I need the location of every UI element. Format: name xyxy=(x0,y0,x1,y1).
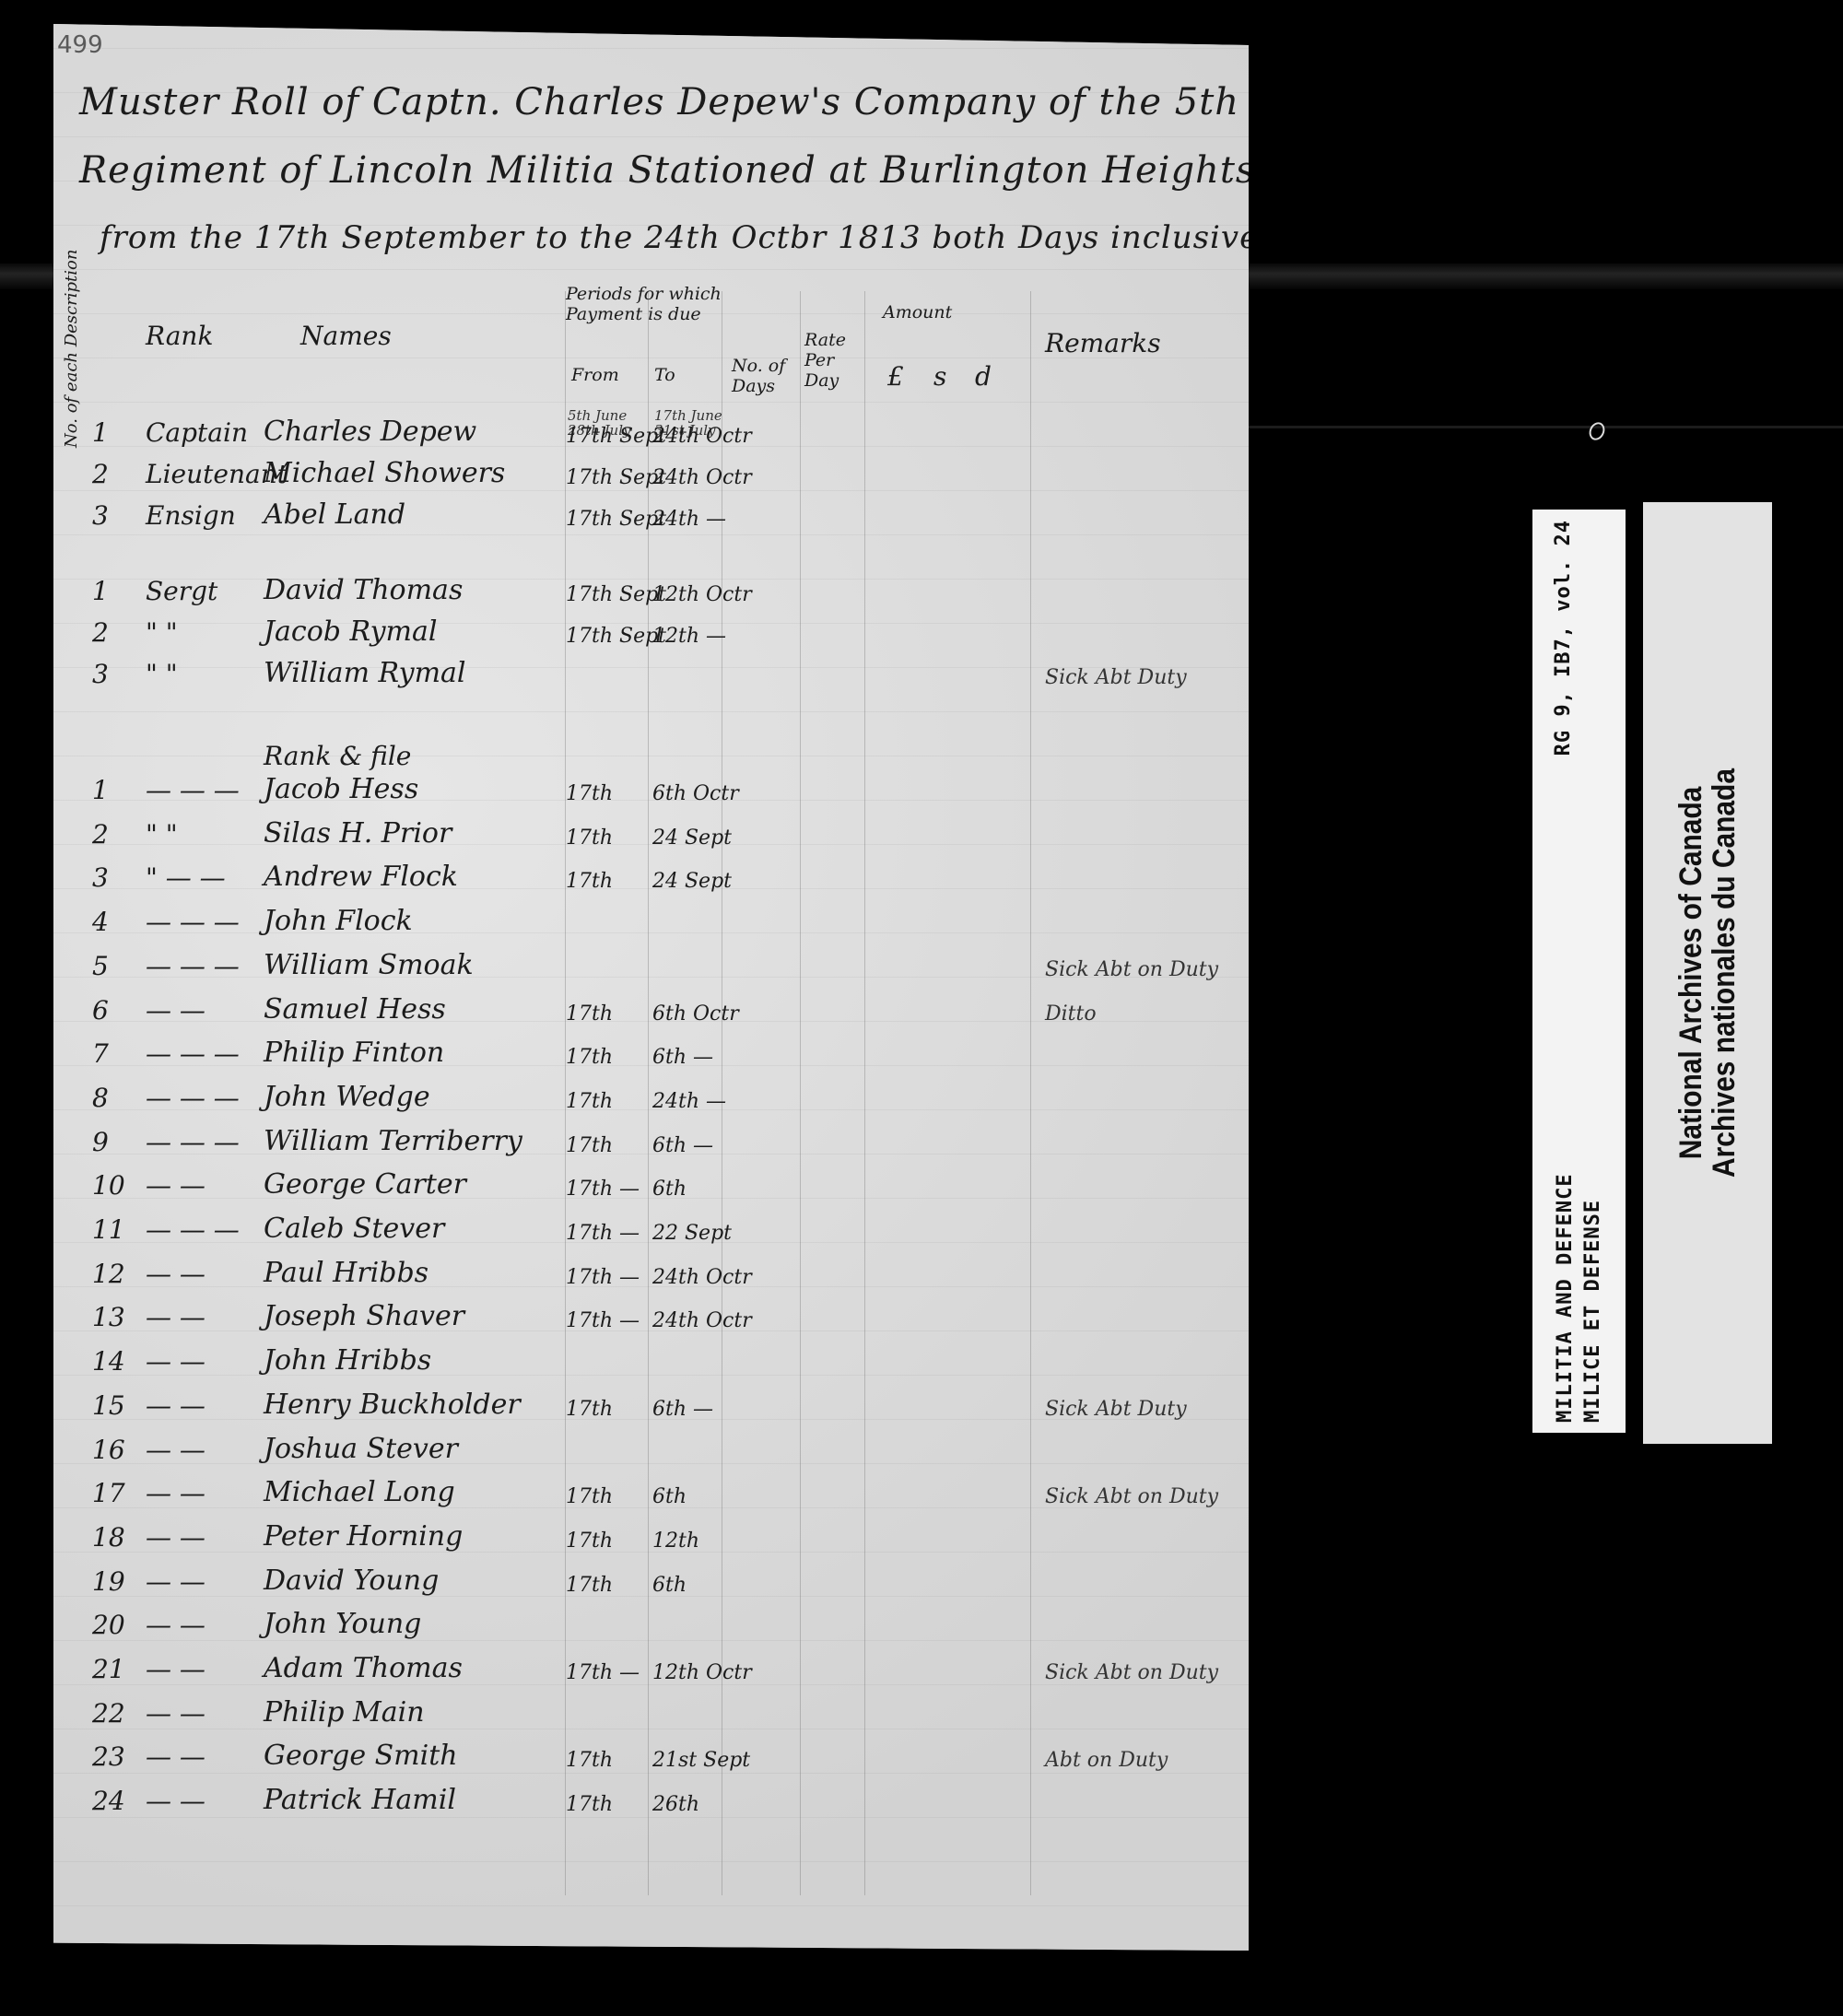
row-rank: Ensign xyxy=(146,500,236,531)
row-name: George Smith xyxy=(264,1740,458,1772)
row-number: 20 xyxy=(92,1610,125,1640)
header-shillings: s xyxy=(933,361,946,392)
row-number: 12 xyxy=(92,1259,125,1289)
row-name: Jacob Rymal xyxy=(264,615,437,648)
table-row: 5— — —William SmoakSick Abt on Duty xyxy=(53,943,1249,985)
row-remarks: Abt on Duty xyxy=(1045,1749,1168,1772)
header-pounds: £ xyxy=(887,361,904,392)
archive-reference: RG 9, IB7, vol. 24 xyxy=(1552,520,1607,756)
row-rank: — — xyxy=(146,1390,205,1421)
row-remarks: Sick Abt Duty xyxy=(1045,666,1187,689)
table-row: 2LieutenantMichael Showers17th Sept24th … xyxy=(53,451,1249,493)
row-to-date: 6th — xyxy=(652,1398,713,1421)
row-to-date: 24th Octr xyxy=(652,425,752,448)
row-to-date: 6th xyxy=(652,1178,687,1201)
row-number: 11 xyxy=(92,1214,125,1245)
row-rank: — — xyxy=(146,1610,205,1640)
row-from-date: 17th xyxy=(566,1090,613,1113)
header-remarks: Remarks xyxy=(1045,328,1161,358)
folio-number: 499 xyxy=(57,31,103,59)
row-name: Michael Showers xyxy=(264,457,505,489)
row-number: 9 xyxy=(92,1127,109,1157)
row-rank: — — xyxy=(146,1259,205,1289)
row-number: 5 xyxy=(92,951,109,981)
header-pence: d xyxy=(975,361,992,392)
row-from-date: 17th xyxy=(566,1485,613,1508)
table-row: 3EnsignAbel Land17th Sept24th — xyxy=(53,492,1249,534)
row-to-date: 12th Octr xyxy=(652,583,752,606)
row-name: Joshua Stever xyxy=(264,1433,458,1465)
series-en: MILITIA AND DEFENCE xyxy=(1554,1173,1577,1423)
row-remarks: Ditto xyxy=(1045,1002,1097,1026)
row-rank: — — — xyxy=(146,1214,240,1245)
row-rank: — — xyxy=(146,1302,205,1332)
row-rank: — — — xyxy=(146,1083,240,1113)
table-row: 19— —David Young17th6th xyxy=(53,1558,1249,1600)
row-number: 7 xyxy=(92,1038,109,1069)
row-rank: — — xyxy=(146,1346,205,1377)
row-from-date: 17th xyxy=(566,1002,613,1026)
row-from-date: 17th xyxy=(566,1574,613,1597)
row-name: John Flock xyxy=(264,905,413,937)
row-number: 17 xyxy=(92,1478,125,1508)
table-row: 2" "Silas H. Prior17th24 Sept xyxy=(53,811,1249,853)
row-from-date: 17th — xyxy=(566,1661,640,1684)
header-from: From xyxy=(571,365,619,385)
row-to-date: 6th Octr xyxy=(652,782,739,805)
row-rank: Sergt xyxy=(146,576,217,606)
row-number: 22 xyxy=(92,1698,125,1729)
row-rank: — — — xyxy=(146,775,240,805)
header-names: Names xyxy=(300,321,392,351)
header-periods: Periods for which Payment is due xyxy=(566,284,732,324)
label-text-block: MILITIA AND DEFENCE MILICE ET DEFENSE RG… xyxy=(1552,520,1607,1423)
row-name: William Terriberry xyxy=(264,1125,522,1157)
row-name: Andrew Flock xyxy=(264,861,458,893)
table-row: 20— —John Young xyxy=(53,1601,1249,1644)
row-name: Samuel Hess xyxy=(264,993,446,1026)
series-fr: MILICE ET DEFENSE xyxy=(1581,1200,1604,1423)
row-rank: — — xyxy=(146,1435,205,1465)
row-number: 3 xyxy=(92,659,109,689)
table-row: 4— — —John Flock xyxy=(53,898,1249,941)
row-name: Philip Main xyxy=(264,1696,425,1729)
row-rank: Captain xyxy=(146,417,248,448)
table-row: 1— — —Jacob Hess17th6th Octr xyxy=(53,767,1249,809)
row-name: William Smoak xyxy=(264,949,474,981)
row-rank: — — — xyxy=(146,951,240,981)
title-line-3: from the 17th September to the 24th Octb… xyxy=(100,219,1259,256)
row-number: 19 xyxy=(92,1566,125,1597)
row-number: 3 xyxy=(92,862,109,893)
row-rank: " " xyxy=(146,617,178,648)
table-row: 17— —Michael Long17th6thSick Abt on Duty xyxy=(53,1470,1249,1512)
row-name: Michael Long xyxy=(264,1476,455,1508)
row-remarks: Sick Abt on Duty xyxy=(1045,1485,1218,1508)
row-rank: — — xyxy=(146,1741,205,1772)
row-from-date: 17th xyxy=(566,1749,613,1772)
row-to-date: 24th Octr xyxy=(652,466,752,489)
table-row: 2" "Jacob Rymal17th Sept12th — xyxy=(53,609,1249,651)
row-rank: — — xyxy=(146,1566,205,1597)
row-name: John Young xyxy=(264,1608,421,1640)
row-name: George Carter xyxy=(264,1168,466,1201)
row-name: John Wedge xyxy=(264,1081,430,1113)
table-row: 6— —Samuel Hess17th6th OctrDitto xyxy=(53,987,1249,1029)
row-name: William Rymal xyxy=(264,657,466,689)
row-to-date: 6th — xyxy=(652,1046,713,1069)
title-line-2: Regiment of Lincoln Militia Stationed at… xyxy=(79,149,1255,192)
row-rank: — — — xyxy=(146,1038,240,1069)
row-number: 1 xyxy=(92,775,109,805)
header-rate-per-day: Rate Per Day xyxy=(804,330,851,391)
row-to-date: 24 Sept xyxy=(652,870,732,893)
row-to-date: 12th xyxy=(652,1530,699,1553)
row-rank: — — xyxy=(146,995,205,1026)
row-to-date: 24th Octr xyxy=(652,1266,752,1289)
series-names: MILITIA AND DEFENCE MILICE ET DEFENSE xyxy=(1552,1173,1607,1423)
table-row: 12— —Paul Hribbs17th —24th Octr xyxy=(53,1250,1249,1293)
institution-text: National Archives of Canada Archives nat… xyxy=(1674,768,1741,1178)
row-name: Adam Thomas xyxy=(264,1652,463,1684)
table-row: 9— — —William Terriberry17th6th — xyxy=(53,1119,1249,1161)
scan-artifact-line xyxy=(1249,426,1843,428)
row-from-date: 17th xyxy=(566,1134,613,1157)
row-remarks: Sick Abt Duty xyxy=(1045,1398,1187,1421)
table-row: 11— — —Caleb Stever17th —22 Sept xyxy=(53,1206,1249,1248)
row-rank: — — xyxy=(146,1654,205,1684)
table-row: 14— —John Hribbs xyxy=(53,1338,1249,1380)
table-row: 24— —Patrick Hamil17th26th xyxy=(53,1777,1249,1820)
row-to-date: 24th — xyxy=(652,508,726,531)
table-row: 3" — —Andrew Flock17th24 Sept xyxy=(53,854,1249,897)
row-name: Silas H. Prior xyxy=(264,817,452,850)
row-number: 3 xyxy=(92,500,109,531)
row-number: 2 xyxy=(92,819,109,850)
archives-institution-label: National Archives of Canada Archives nat… xyxy=(1643,502,1772,1444)
row-to-date: 6th xyxy=(652,1574,687,1597)
row-rank: — — xyxy=(146,1170,205,1201)
row-rank: — — — xyxy=(146,907,240,937)
row-to-date: 24 Sept xyxy=(652,826,732,850)
row-name: David Young xyxy=(264,1565,439,1597)
row-number: 13 xyxy=(92,1302,125,1332)
row-from-date: 17th Sept xyxy=(566,466,666,489)
row-name: Jacob Hess xyxy=(264,773,418,805)
row-number: 24 xyxy=(92,1786,125,1816)
row-from-date: 17th xyxy=(566,1530,613,1553)
row-to-date: 6th — xyxy=(652,1134,713,1157)
row-remarks: Sick Abt on Duty xyxy=(1045,1661,1218,1684)
row-rank: — — xyxy=(146,1698,205,1729)
row-from-date: 17th Sept xyxy=(566,425,666,448)
institution-fr: Archives nationales du Canada xyxy=(1707,768,1742,1178)
row-to-date: 6th xyxy=(652,1485,687,1508)
row-number: 6 xyxy=(92,995,109,1026)
row-rank: " — — xyxy=(146,862,226,893)
row-number: 2 xyxy=(92,459,109,489)
row-number: 2 xyxy=(92,617,109,648)
institution-en: National Archives of Canada xyxy=(1673,787,1708,1160)
row-number: 1 xyxy=(92,576,109,606)
row-remarks: Sick Abt on Duty xyxy=(1045,958,1218,981)
table-row: 7— — —Philip Finton17th6th — xyxy=(53,1030,1249,1072)
row-name: Charles Depew xyxy=(264,416,476,448)
row-rank: — — xyxy=(146,1786,205,1816)
row-number: 16 xyxy=(92,1435,125,1465)
row-from-date: 17th xyxy=(566,1398,613,1421)
row-number: 4 xyxy=(92,907,109,937)
header-to: To xyxy=(654,365,675,385)
row-to-date: 21st Sept xyxy=(652,1749,750,1772)
row-number: 23 xyxy=(92,1741,125,1772)
row-from-date: 17th Sept xyxy=(566,508,666,531)
row-number: 14 xyxy=(92,1346,125,1377)
row-to-date: 12th Octr xyxy=(652,1661,752,1684)
scan-artifact-speck xyxy=(1587,420,1608,443)
row-name: Peter Horning xyxy=(264,1520,463,1553)
row-to-date: 26th xyxy=(652,1793,699,1816)
row-number: 15 xyxy=(92,1390,125,1421)
table-row: 15— —Henry Buckholder17th6th —Sick Abt D… xyxy=(53,1382,1249,1424)
row-name: Patrick Hamil xyxy=(264,1784,456,1816)
row-to-date: 22 Sept xyxy=(652,1222,732,1245)
row-name: John Hribbs xyxy=(264,1344,431,1377)
row-number: 21 xyxy=(92,1654,125,1684)
row-rank: — — xyxy=(146,1478,205,1508)
row-to-date: 12th — xyxy=(652,625,726,648)
row-name: Philip Finton xyxy=(264,1037,444,1069)
row-from-date: 17th Sept xyxy=(566,583,666,606)
row-rank: " " xyxy=(146,659,178,689)
table-row: 1CaptainCharles Depew17th Sept24th Octr xyxy=(53,409,1249,451)
row-to-date: 6th Octr xyxy=(652,1002,739,1026)
row-name: Paul Hribbs xyxy=(264,1257,428,1289)
table-row: 22— —Philip Main xyxy=(53,1690,1249,1732)
title-line-1: Muster Roll of Captn. Charles Depew's Co… xyxy=(79,81,1239,123)
row-name: Abel Land xyxy=(264,498,405,531)
table-row: 3" "William RymalSick Abt Duty xyxy=(53,651,1249,693)
row-from-date: 17th — xyxy=(566,1266,640,1289)
row-rank: — — xyxy=(146,1522,205,1553)
table-row: 16— —Joshua Stever xyxy=(53,1426,1249,1469)
table-row: 18— —Peter Horning17th12th xyxy=(53,1514,1249,1556)
row-rank: " " xyxy=(146,819,178,850)
table-row: 13— —Joseph Shaver17th —24th Octr xyxy=(53,1294,1249,1336)
row-number: 10 xyxy=(92,1170,125,1201)
scan-artifact-band xyxy=(1249,264,1843,289)
row-rank: — — — xyxy=(146,1127,240,1157)
row-name: David Thomas xyxy=(264,574,463,606)
row-number: 1 xyxy=(92,417,109,448)
row-number: 18 xyxy=(92,1522,125,1553)
table-row: 23— —George Smith17th21st SeptAbt on Dut… xyxy=(53,1733,1249,1776)
header-amount: Amount xyxy=(883,302,952,322)
row-from-date: 17th xyxy=(566,826,613,850)
scan-artifact-band xyxy=(0,264,53,289)
row-from-date: 17th — xyxy=(566,1178,640,1201)
row-from-date: 17th xyxy=(566,870,613,893)
row-name: Henry Buckholder xyxy=(264,1389,521,1421)
table-row: 8— — —John Wedge17th24th — xyxy=(53,1074,1249,1117)
row-to-date: 24th — xyxy=(652,1090,726,1113)
row-name: Caleb Stever xyxy=(264,1213,444,1245)
row-from-date: 17th xyxy=(566,1793,613,1816)
archive-reference-label: MILITIA AND DEFENCE MILICE ET DEFENSE RG… xyxy=(1532,510,1626,1433)
row-from-date: 17th — xyxy=(566,1222,640,1245)
row-from-date: 17th xyxy=(566,782,613,805)
header-rank: Rank xyxy=(146,321,213,351)
row-from-date: 17th Sept xyxy=(566,625,666,648)
header-no-of-days: No. of Days xyxy=(732,356,787,396)
row-to-date: 24th Octr xyxy=(652,1309,752,1332)
table-row: 21— —Adam Thomas17th —12th OctrSick Abt … xyxy=(53,1646,1249,1688)
row-name: Joseph Shaver xyxy=(264,1300,464,1332)
row-from-date: 17th xyxy=(566,1046,613,1069)
row-from-date: 17th — xyxy=(566,1309,640,1332)
muster-roll-page: 499 Muster Roll of Captn. Charles Depew'… xyxy=(53,24,1249,1951)
row-number: 8 xyxy=(92,1083,109,1113)
table-row: 1SergtDavid Thomas17th Sept12th Octr xyxy=(53,568,1249,610)
table-row: 10— —George Carter17th —6th xyxy=(53,1162,1249,1204)
